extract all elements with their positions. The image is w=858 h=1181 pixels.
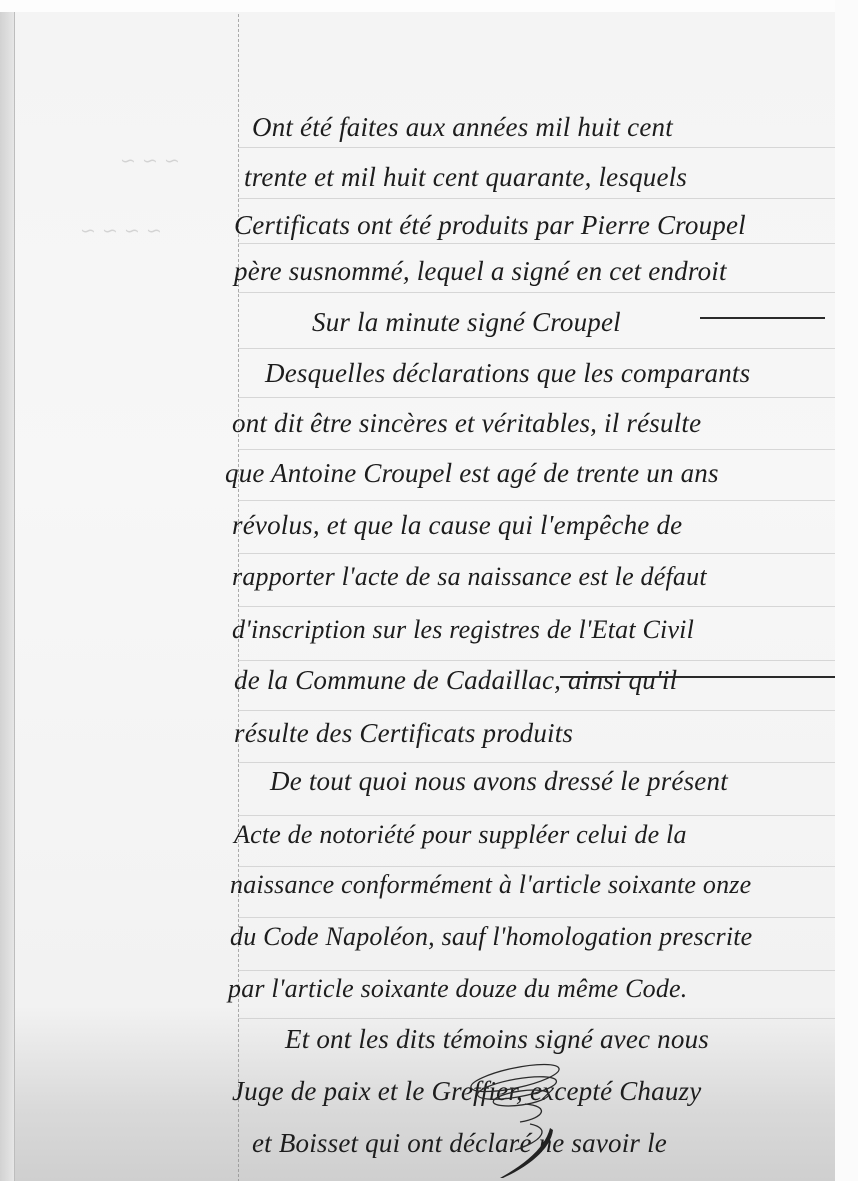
ruled-line: [238, 762, 835, 763]
ruled-line: [238, 243, 835, 244]
ruled-line: [238, 866, 835, 867]
text-line: Acte de notoriété pour suppléer celui de…: [234, 820, 687, 850]
bleed-through: ~ ~ ~: [120, 150, 180, 172]
ruled-line: [238, 815, 835, 816]
text-line: rapporter l'acte de sa naissance est le …: [232, 562, 707, 592]
ruled-line: [238, 1018, 835, 1019]
line-filler-dash: [700, 317, 825, 319]
ruled-line: [238, 500, 835, 501]
text-line: Desquelles déclarations que les comparan…: [265, 358, 750, 389]
text-line: Certificats ont été produits par Pierre …: [234, 210, 746, 241]
ruled-line: [238, 970, 835, 971]
ruled-line: [238, 449, 835, 450]
ruled-line: [238, 147, 835, 148]
text-line: Ont été faites aux années mil huit cent: [252, 112, 673, 143]
text-line: du Code Napoléon, sauf l'homologation pr…: [230, 922, 752, 952]
text-line: de la Commune de Cadaillac, ainsi qu'il: [234, 665, 677, 696]
line-filler-dash: [560, 676, 835, 678]
text-line: résulte des Certificats produits: [234, 718, 573, 749]
text-line: De tout quoi nous avons dressé le présen…: [270, 766, 728, 797]
scan-top-edge: [0, 0, 835, 12]
text-line: révolus, et que la cause qui l'empêche d…: [232, 510, 682, 541]
bleed-through: ~ ~ ~ ~: [80, 220, 162, 242]
ruled-line: [238, 348, 835, 349]
ruled-line: [238, 292, 835, 293]
ruled-line: [238, 710, 835, 711]
text-line: père susnommé, lequel a signé en cet end…: [234, 256, 727, 287]
scan-right-edge: [835, 0, 858, 1181]
text-line: que Antoine Croupel est agé de trente un…: [225, 458, 719, 489]
text-line: Sur la minute signé Croupel: [312, 307, 621, 338]
ruled-line: [238, 553, 835, 554]
ruled-line: [238, 606, 835, 607]
ruled-line: [238, 397, 835, 398]
text-line: Et ont les dits témoins signé avec nous: [285, 1024, 709, 1055]
text-line: d'inscription sur les registres de l'Eta…: [232, 615, 694, 645]
signature-flourish-icon: [455, 1060, 585, 1180]
left-binding-fold: [0, 12, 15, 1181]
text-line: naissance conformément à l'article soixa…: [230, 870, 751, 900]
ruled-line: [238, 660, 835, 661]
ruled-line: [238, 917, 835, 918]
text-line: par l'article soixante douze du même Cod…: [228, 974, 688, 1004]
margin-rule: [238, 14, 239, 1181]
ruled-line: [238, 198, 835, 199]
text-line: ont dit être sincères et véritables, il …: [232, 408, 701, 439]
text-line: trente et mil huit cent quarante, lesque…: [244, 162, 687, 193]
